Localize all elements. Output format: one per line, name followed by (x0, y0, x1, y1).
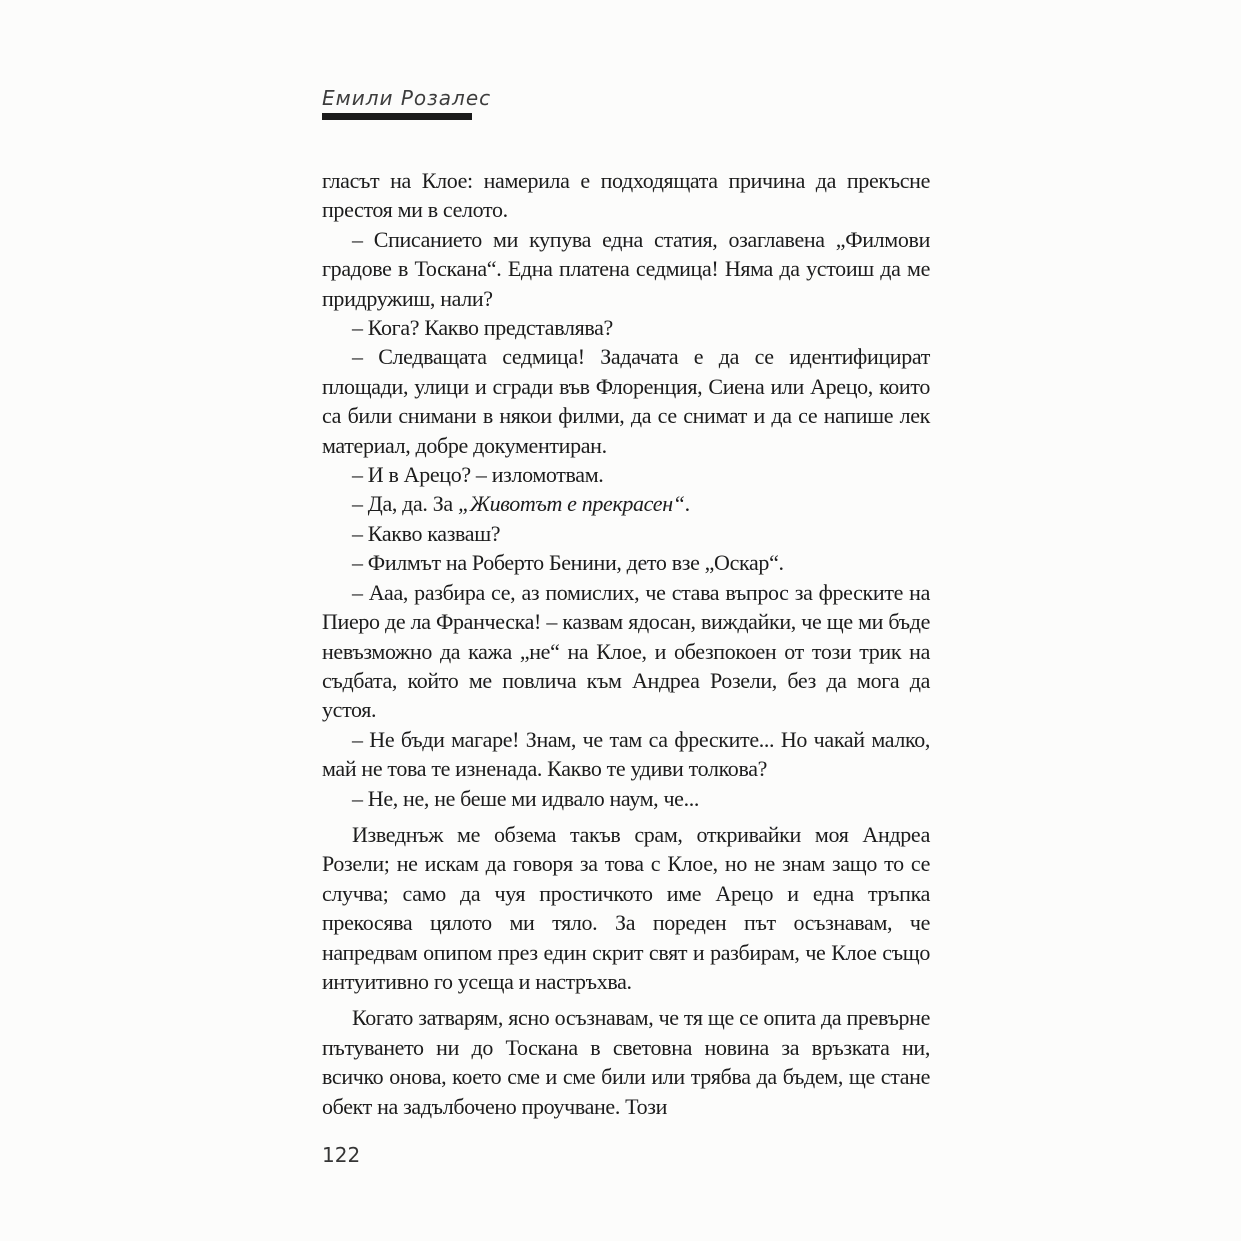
paragraph: Когато затварям, ясно осъзнавам, че тя щ… (322, 1003, 930, 1121)
paragraph: – Какво казваш? (322, 519, 930, 548)
paragraph: – Да, да. За „Животът е прекрасен“. (322, 489, 930, 518)
body-text: гласът на Клое: намерила е подходящата п… (322, 166, 930, 1121)
paragraph: – Ааа, разбира се, аз помислих, че става… (322, 578, 930, 725)
text-segment: – Ааа, разбира се, аз помислих, че става… (322, 580, 930, 723)
text-segment: – Какво казваш? (352, 521, 500, 546)
book-page: Емили Розалес гласът на Клое: намерила е… (0, 0, 1241, 1241)
paragraph: – И в Арецо? – изломотвам. (322, 460, 930, 489)
text-segment: гласът на Клое: намерила е подходящата п… (322, 168, 930, 222)
paragraph: Изведнъж ме обзема такъв срам, откривайк… (322, 820, 930, 996)
text-segment: – Филмът на Роберто Бенини, дето взе „Ос… (352, 550, 784, 575)
text-segment: – Не бъди магаре! Знам, че там са фрески… (322, 727, 930, 781)
page-number: 122 (322, 1143, 360, 1167)
book-title-italic: „Животът е прекрасен“ (458, 491, 685, 516)
text-segment: Изведнъж ме обзема такъв срам, откривайк… (322, 822, 930, 994)
header-rule (322, 113, 472, 120)
paragraph: – Не, не, не беше ми идвало наум, че... (322, 784, 930, 813)
paragraph: гласът на Клое: намерила е подходящата п… (322, 166, 930, 225)
paragraph: – Кога? Какво представлява? (322, 313, 930, 342)
text-segment: – Следващата седмица! Задачата е да се и… (322, 344, 930, 457)
paragraph: – Следващата седмица! Задачата е да се и… (322, 342, 930, 460)
text-segment: – Кога? Какво представлява? (352, 315, 613, 340)
text-segment: – Да, да. За (352, 491, 458, 516)
paragraph: – Филмът на Роберто Бенини, дето взе „Ос… (322, 548, 930, 577)
page-header: Емили Розалес (322, 86, 491, 120)
text-segment: – Списанието ми купува една статия, озаг… (322, 227, 930, 311)
text-segment: – Не, не, не беше ми идвало наум, че... (352, 786, 699, 811)
text-segment: – И в Арецо? – изломотвам. (352, 462, 603, 487)
paragraph: – Не бъди магаре! Знам, че там са фрески… (322, 725, 930, 784)
text-segment: . (685, 491, 690, 516)
author-name: Емили Розалес (322, 86, 491, 110)
paragraph: – Списанието ми купува една статия, озаг… (322, 225, 930, 313)
page-footer: 122 (322, 1143, 360, 1167)
text-segment: Когато затварям, ясно осъзнавам, че тя щ… (322, 1005, 930, 1118)
